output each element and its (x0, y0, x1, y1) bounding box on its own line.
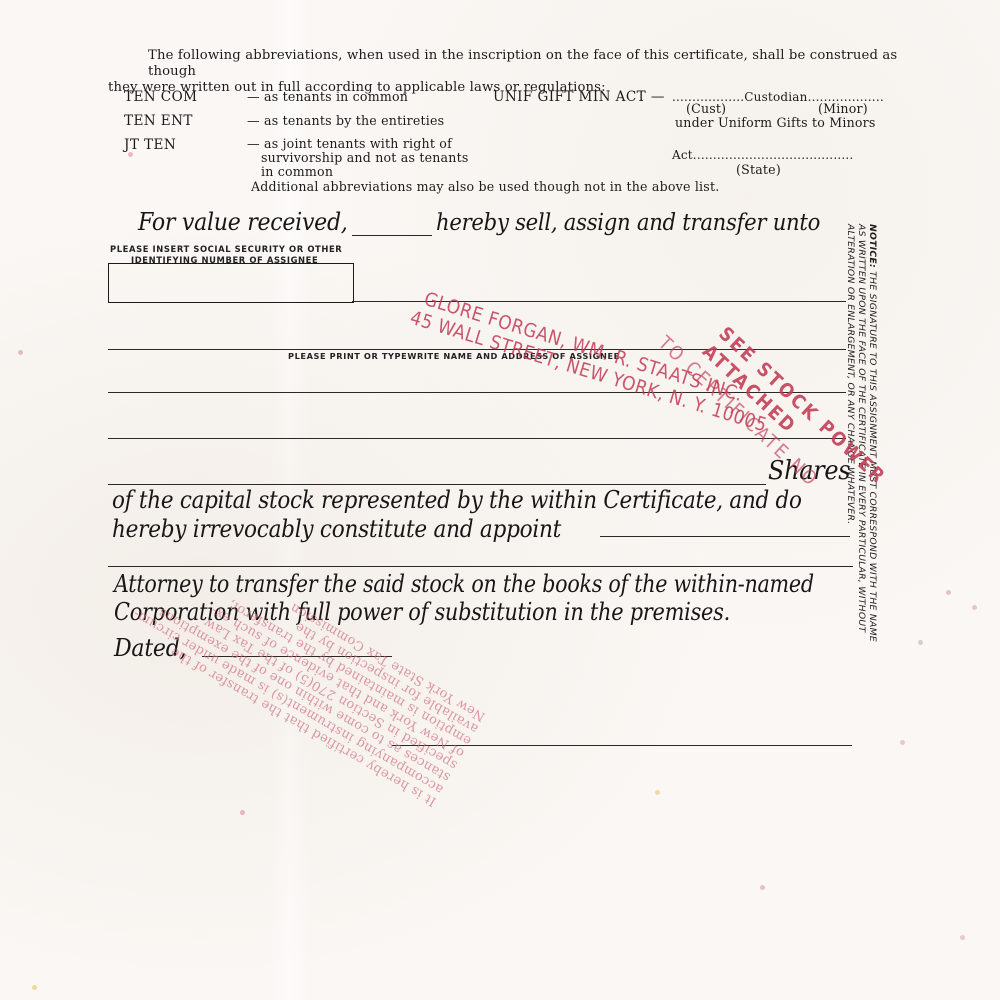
assignee-line-4[interactable] (108, 438, 846, 439)
additional-abbreviations-note: Additional abbreviations may also be use… (251, 179, 719, 194)
paper-speck (900, 740, 905, 745)
ugma-state-label: (State) (736, 162, 781, 177)
ugma-minor-label: (Minor) (818, 101, 868, 116)
assignor-blank-line[interactable] (352, 235, 432, 236)
intro-line-1: The following abbreviations, when used i… (108, 48, 898, 80)
ugma-under-label: under Uniform Gifts to Minors (675, 115, 876, 130)
paper-speck (18, 350, 23, 355)
ugma-cust-label: (Cust) (686, 101, 726, 116)
hereby-sell-text: hereby sell, assign and transfer unto (436, 210, 820, 236)
abbr-ten-ent: TEN ENT (124, 113, 193, 129)
attorney-name-line[interactable] (600, 536, 850, 537)
abbr-ten-ent-meaning: — as tenants by the entireties (247, 114, 444, 128)
paper-speck (918, 640, 923, 645)
abbr-jt-ten-meaning: — as joint tenants with right of survivo… (247, 137, 469, 179)
paper-speck (655, 790, 660, 795)
paper-speck (128, 152, 133, 157)
ssn-input-box[interactable] (108, 263, 354, 303)
jt-ten-meaning-2: survivorship and not as tenants (247, 151, 469, 165)
paper-speck (32, 985, 37, 990)
paper-speck (240, 810, 245, 815)
ugma-label: UNIF GIFT MIN ACT — (493, 89, 665, 105)
notice-lead: NOTICE: (867, 224, 878, 268)
ugma-act-line: Act.....................................… (672, 148, 853, 162)
abbr-ten-com-meaning: — as tenants in common (247, 90, 408, 104)
paper-speck (972, 605, 977, 610)
paper-speck (760, 885, 765, 890)
ssn-label-line1: PLEASE INSERT SOCIAL SECURITY OR OTHER (110, 244, 342, 254)
paper-speck (960, 935, 965, 940)
paper-speck (946, 590, 951, 595)
abbr-jt-ten: JT TEN (124, 137, 176, 153)
capital-stock-text: of the capital stock represented by the … (112, 486, 802, 514)
abbr-ten-com: TEN COM (124, 89, 197, 105)
jt-ten-meaning-1: — as joint tenants with right of (247, 137, 469, 151)
for-value-received-text: For value received, (138, 208, 348, 236)
stock-power-stamp: SEE STOCK POWER ATTACHED TO CERTIFICATE … (681, 322, 928, 559)
jt-ten-meaning-3: in common (247, 165, 469, 179)
